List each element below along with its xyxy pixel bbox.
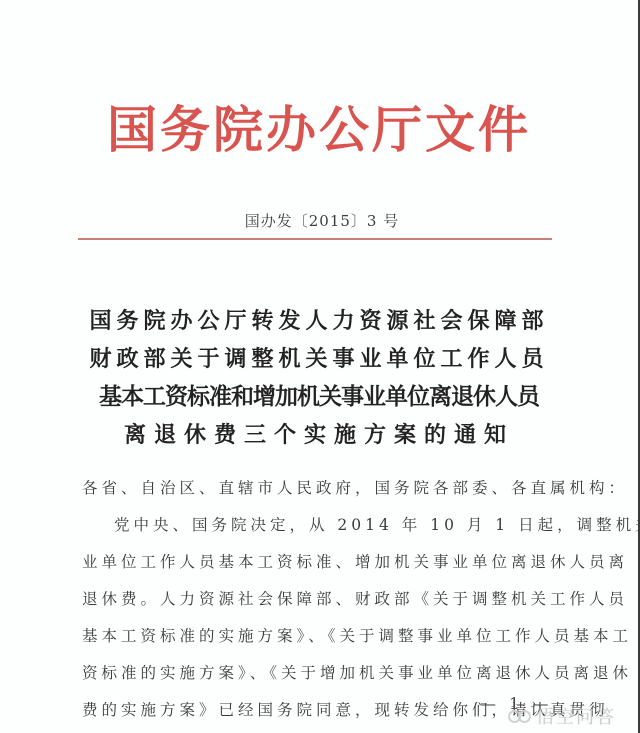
body-line: 业单位工作人员基本工资标准、增加机关事业单位离退休人员离 <box>82 544 558 581</box>
body-line: 资标准的实施方案》、《关于增加机关事业单位离退休人员离退休 <box>82 655 558 692</box>
document-page: 国务院办公厅文件 国办发〔2015〕3 号 国务院办公厅转发人力资源社会保障部 … <box>0 0 640 733</box>
document-body: 各省、自治区、直辖市人民政府，国务院各部委、各直属机构： 党中央、国务院决定，从… <box>82 470 558 729</box>
wukong-logo-icon <box>508 708 532 724</box>
notice-title: 国务院办公厅转发人力资源社会保障部 财政部关于调整机关事业单位工作人员 基本工资… <box>0 302 638 454</box>
red-divider-rule <box>78 238 552 240</box>
body-line: 党中央、国务院决定，从 2014 年 10 月 1 日起，调整机关事 <box>82 507 558 544</box>
notice-title-line: 财政部关于调整机关事业单位工作人员 <box>0 340 638 378</box>
body-line: 退休费。人力资源社会保障部、财政部《关于调整机关工作人员 <box>82 581 558 618</box>
notice-title-line: 基本工资标准和增加机关事业单位离退休人员 <box>0 378 638 416</box>
salutation: 各省、自治区、直辖市人民政府，国务院各部委、各直属机构： <box>82 470 558 507</box>
watermark: 悟空问答 <box>508 705 616 727</box>
watermark-text: 悟空问答 <box>536 703 616 729</box>
document-header-title: 国务院办公厅文件 <box>0 98 638 162</box>
notice-title-line: 国务院办公厅转发人力资源社会保障部 <box>0 302 638 340</box>
body-line: 基本工资标准的实施方案》、《关于调整事业单位工作人员基本工 <box>82 618 558 655</box>
notice-title-line: 离退休费三个实施方案的通知 <box>0 416 638 454</box>
document-number: 国办发〔2015〕3 号 <box>0 211 638 231</box>
